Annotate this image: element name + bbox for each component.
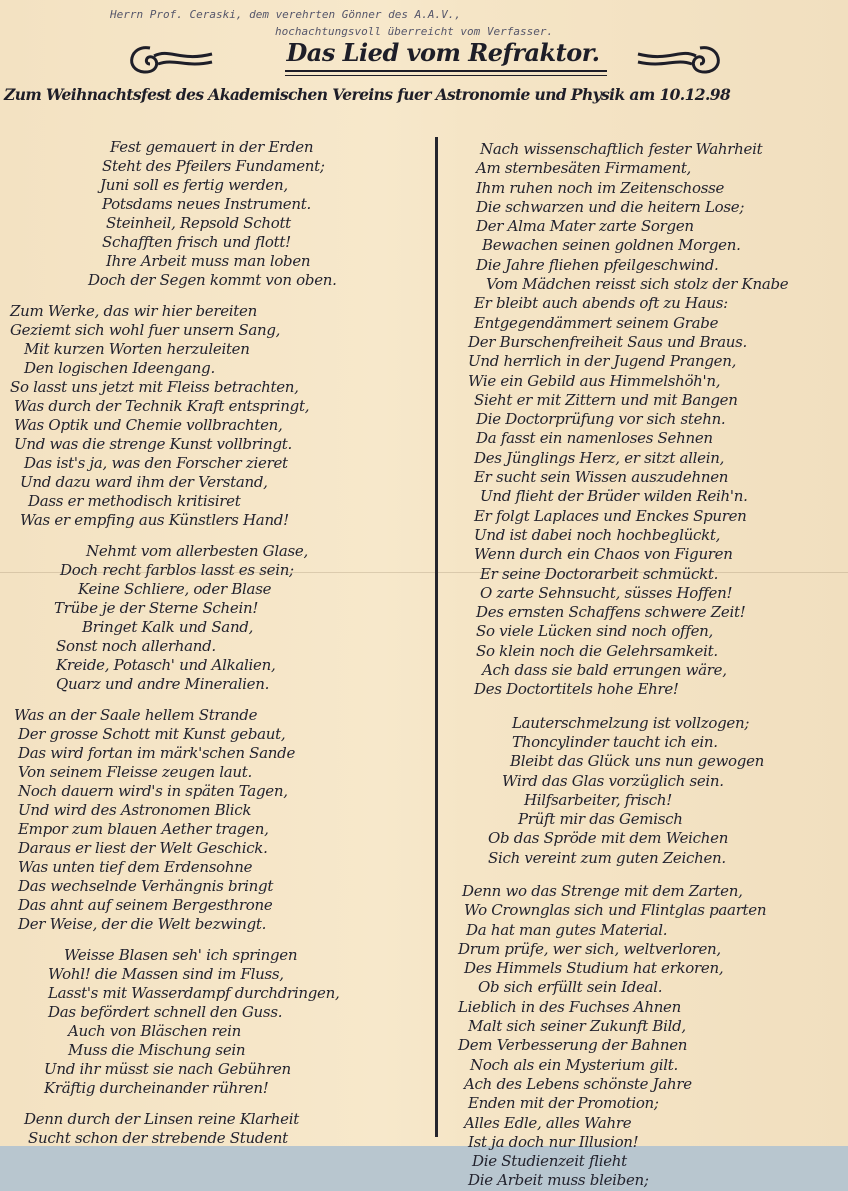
verse-line: Daraus er liest der Welt Geschick.: [10, 839, 430, 858]
verse-line: Lieblich in des Fuchses Ahnen: [458, 998, 848, 1017]
verse-line: Empor zum blauen Aether tragen,: [10, 820, 430, 839]
verse-line: Was er empfing aus Künstlers Hand!: [10, 511, 430, 530]
verse-line: Die schwarzen und die heitern Lose;: [458, 198, 848, 217]
verse-line: Denn wo das Strenge mit dem Zarten,: [458, 882, 848, 901]
verse-line: Was unten tief dem Erdensohne: [10, 858, 430, 877]
verse-line: Am sternbesäten Firmament,: [458, 159, 848, 178]
stanza-left-3: Nehmt vom allerbesten Glase, Doch recht …: [10, 542, 430, 694]
verse-line: Ach dass sie bald errungen wäre,: [458, 661, 848, 680]
verse-line: Da fasst ein namenloses Sehnen: [458, 429, 848, 448]
left-column: Fest gemauert in der Erden Steht des Pfe…: [10, 138, 430, 1148]
verse-line: Nach wissenschaftlich fester Wahrheit: [458, 140, 848, 159]
verse-line: Vom Mädchen reisst sich stolz der Knabe: [458, 275, 848, 294]
verse-line: Er seine Doctorarbeit schmückt.: [458, 565, 848, 584]
verse-line: Lauterschmelzung ist vollzogen;: [458, 714, 848, 733]
verse-line: Der Burschenfreiheit Saus und Braus.: [458, 333, 848, 352]
poem-page: Herrn Prof. Ceraski, dem verehrten Gönne…: [0, 0, 848, 1146]
verse-line: Das befördert schnell den Guss.: [10, 1003, 430, 1022]
verse-line: Der grosse Schott mit Kunst gebaut,: [10, 725, 430, 744]
verse-line: Der Weise, der die Welt bezwingt.: [10, 915, 430, 934]
verse-line: Das ahnt auf seinem Bergesthrone: [10, 896, 430, 915]
verse-line: Des ernsten Schaffens schwere Zeit!: [458, 603, 848, 622]
verse-line: Juni soll es fertig werden,: [10, 176, 430, 195]
verse-line: Was Optik und Chemie vollbrachten,: [10, 416, 430, 435]
verse-line: Bringet Kalk und Sand,: [10, 618, 430, 637]
verse-line: Des Doctortitels hohe Ehre!: [458, 680, 848, 699]
title-underline: [285, 70, 607, 76]
verse-line: Ihre Arbeit muss man loben: [10, 252, 430, 271]
verse-line: Zum Werke, das wir hier bereiten: [10, 302, 430, 321]
title-row: Das Lied vom Refraktor.: [0, 38, 848, 78]
verse-line: Auch von Bläschen rein: [10, 1022, 430, 1041]
verse-line: Nehmt vom allerbesten Glase,: [10, 542, 430, 561]
verse-line: Das wechselnde Verhängnis bringt: [10, 877, 430, 896]
verse-line: Geziemt sich wohl fuer unsern Sang,: [10, 321, 430, 340]
verse-line: Die Jahre fliehen pfeilgeschwind.: [458, 256, 848, 275]
verse-line: Sonst noch allerhand.: [10, 637, 430, 656]
verse-line: Dem Verbesserung der Bahnen: [458, 1036, 848, 1055]
verse-line: Mit kurzen Worten herzuleiten: [10, 340, 430, 359]
verse-line: Trübe je der Sterne Schein!: [10, 599, 430, 618]
dedication-line-1: Herrn Prof. Ceraski, dem verehrten Gönne…: [110, 8, 461, 21]
verse-line: Dass er methodisch kritisiret: [10, 492, 430, 511]
verse-line: Potsdams neues Instrument.: [10, 195, 430, 214]
verse-line: Schafften frisch und flott!: [10, 233, 430, 252]
verse-line: Wie ein Gebild aus Himmelshöh'n,: [458, 372, 848, 391]
verse-line: Und dazu ward ihm der Verstand,: [10, 473, 430, 492]
verse-line: Was durch der Technik Kraft entspringt,: [10, 397, 430, 416]
verse-line: Muss die Mischung sein: [10, 1041, 430, 1060]
verse-line: Doch recht farblos lasst es sein;: [10, 561, 430, 580]
verse-line: Doch der Segen kommt von oben.: [10, 271, 430, 290]
verse-line: Er bleibt auch abends oft zu Haus:: [458, 294, 848, 313]
verse-line: Denn durch der Linsen reine Klarheit: [10, 1110, 430, 1129]
verse-line: Ob das Spröde mit dem Weichen: [458, 829, 848, 848]
flourish-left-icon: [120, 42, 215, 76]
verse-line: Die Doctorprüfung vor sich stehn.: [458, 410, 848, 429]
verse-line: Malt sich seiner Zukunft Bild,: [458, 1017, 848, 1036]
verse-line: Steht des Pfeilers Fundament;: [10, 157, 430, 176]
verse-line: Von seinem Fleisse zeugen laut.: [10, 763, 430, 782]
poem-subtitle: Zum Weihnachtsfest des Akademischen Vere…: [4, 85, 848, 104]
verse-line: Und wird des Astronomen Blick: [10, 801, 430, 820]
verse-line: Den logischen Ideengang.: [10, 359, 430, 378]
verse-line: Sucht schon der strebende Student: [10, 1129, 430, 1148]
verse-line: Und ist dabei noch hochbeglückt,: [458, 526, 848, 545]
verse-line: Ihm ruhen noch im Zeitenschosse: [458, 179, 848, 198]
verse-line: Hilfsarbeiter, frisch!: [458, 791, 848, 810]
stanza-left-4: Was an der Saale hellem Strande Der gros…: [10, 706, 430, 934]
verse-line: Ist ja doch nur Illusion!: [458, 1133, 848, 1152]
verse-line: Bleibt das Glück uns nun gewogen: [458, 752, 848, 771]
column-divider: [435, 137, 438, 1137]
verse-line: Und flieht der Brüder wilden Reih'n.: [458, 487, 848, 506]
verse-line: Quarz und andre Mineralien.: [10, 675, 430, 694]
handwritten-dedication: Herrn Prof. Ceraski, dem verehrten Gönne…: [110, 6, 553, 40]
verse-line: Des Himmels Studium hat erkoren,: [458, 959, 848, 978]
verse-line: Drum prüfe, wer sich, weltverloren,: [458, 940, 848, 959]
verse-line: Keine Schliere, oder Blase: [10, 580, 430, 599]
verse-line: Und ihr müsst sie nach Gebühren: [10, 1060, 430, 1079]
stanza-right-3: Denn wo das Strenge mit dem Zarten, Wo C…: [458, 882, 848, 1152]
verse-line: Enden mit der Promotion;: [458, 1094, 848, 1113]
verse-line: Noch als ein Mysterium gilt.: [458, 1056, 848, 1075]
verse-line: Kräftig durcheinander rühren!: [10, 1079, 430, 1098]
stanza-left-1: Fest gemauert in der Erden Steht des Pfe…: [10, 138, 430, 290]
verse-line: Er folgt Laplaces und Enckes Spuren: [458, 507, 848, 526]
verse-line: So viele Lücken sind noch offen,: [458, 622, 848, 641]
verse-line: Entgegendämmert seinem Grabe: [458, 314, 848, 333]
verse-line: Und herrlich in der Jugend Prangen,: [458, 352, 848, 371]
verse-line: Wird das Glas vorzüglich sein.: [458, 772, 848, 791]
verse-line: Lasst's mit Wasserdampf durchdringen,: [10, 984, 430, 1003]
verse-line: Er sucht sein Wissen auszudehnen: [458, 468, 848, 487]
verse-line: Bewachen seinen goldnen Morgen.: [458, 236, 848, 255]
stanza-left-6: Denn durch der Linsen reine Klarheit Suc…: [10, 1110, 430, 1148]
verse-line: Da hat man gutes Material.: [458, 921, 848, 940]
verse-line: Und was die strenge Kunst vollbringt.: [10, 435, 430, 454]
verse-line: Sieht er mit Zittern und mit Bangen: [458, 391, 848, 410]
poem-title: Das Lied vom Refraktor.: [278, 38, 608, 67]
verse-line: Ob sich erfüllt sein Ideal.: [458, 978, 848, 997]
verse-line: Thoncylinder taucht ich ein.: [458, 733, 848, 752]
verse-line: Das wird fortan im märk'schen Sande: [10, 744, 430, 763]
verse-line: Ach des Lebens schönste Jahre: [458, 1075, 848, 1094]
verse-line: Kreide, Potasch' und Alkalien,: [10, 656, 430, 675]
stanza-right-2: Lauterschmelzung ist vollzogen; Thoncyli…: [458, 714, 848, 868]
verse-line: Alles Edle, alles Wahre: [458, 1114, 848, 1133]
right-column: Nach wissenschaftlich fester Wahrheit Am…: [458, 140, 848, 1152]
verse-line: Wohl! die Massen sind im Fluss,: [10, 965, 430, 984]
verse-line: Das ist's ja, was den Forscher zieret: [10, 454, 430, 473]
verse-line: Der Alma Mater zarte Sorgen: [458, 217, 848, 236]
verse-line: So klein noch die Gelehrsamkeit.: [458, 642, 848, 661]
stanza-left-2: Zum Werke, das wir hier bereiten Geziemt…: [10, 302, 430, 530]
stanza-left-5: Weisse Blasen seh' ich springen Wohl! di…: [10, 946, 430, 1098]
verse-line: O zarte Sehnsucht, süsses Hoffen!: [458, 584, 848, 603]
verse-line: Wenn durch ein Chaos von Figuren: [458, 545, 848, 564]
verse-line: Steinheil, Repsold Schott: [10, 214, 430, 233]
flourish-right-icon: [635, 42, 730, 76]
verse-line: Prüft mir das Gemisch: [458, 810, 848, 829]
verse-line: Noch dauern wird's in späten Tagen,: [10, 782, 430, 801]
stanza-right-1: Nach wissenschaftlich fester Wahrheit Am…: [458, 140, 848, 700]
verse-line: Des Jünglings Herz, er sitzt allein,: [458, 449, 848, 468]
verse-line: Was an der Saale hellem Strande: [10, 706, 430, 725]
verse-line: Weisse Blasen seh' ich springen: [10, 946, 430, 965]
verse-line: Fest gemauert in der Erden: [10, 138, 430, 157]
verse-line: So lasst uns jetzt mit Fleiss betrachten…: [10, 378, 430, 397]
verse-line: Sich vereint zum guten Zeichen.: [458, 849, 848, 868]
verse-line: Wo Crownglas sich und Flintglas paarten: [458, 901, 848, 920]
